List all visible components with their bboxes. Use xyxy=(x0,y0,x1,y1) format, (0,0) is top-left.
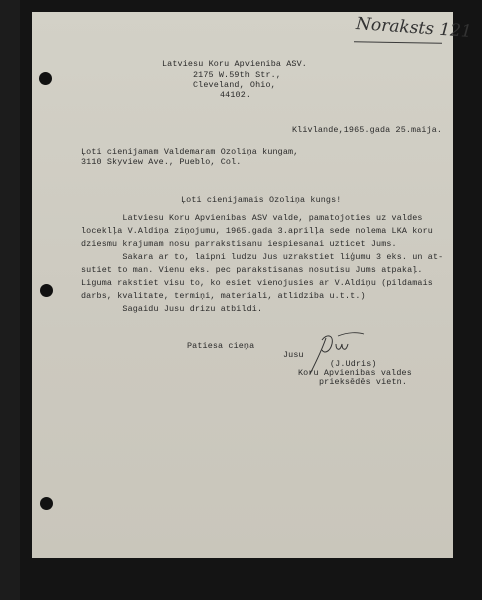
punch-hole-top xyxy=(39,72,52,85)
body-line: Latviesu Koru Apvienibas ASV valde, pama… xyxy=(81,213,423,223)
punch-hole-bottom xyxy=(40,497,53,510)
signature-title-2: prieksēdēs vietn. xyxy=(319,377,407,387)
body-line: Sagaidu Jusu drizu atbildi. xyxy=(81,304,262,314)
closing: Patiesa cieņa xyxy=(187,341,254,351)
letterhead-city: Cleveland, Ohio, xyxy=(193,80,276,90)
body-line: Sakara ar to, laipni ludzu Jus uzrakstie… xyxy=(81,252,443,262)
scan-border xyxy=(0,0,20,600)
letterhead-zip: 44102. xyxy=(220,90,251,100)
body-line: sutiet to man. Vienu eks. pec parakstisa… xyxy=(81,265,423,275)
date-line: Klivlande,1965.gada 25.maija. xyxy=(292,125,442,135)
salutation: Ļoti cienijamais Ozoliņa kungs! xyxy=(181,195,341,205)
body-line: loceklļa V.Aldiņa ziņojumu, 1965.gada 3.… xyxy=(81,226,433,236)
body-line: darbs, kvalitate, termiņi, materiali, at… xyxy=(81,291,366,301)
body-line: dziesmu krajumam nosu parrakstisanu iesp… xyxy=(81,239,397,249)
letterhead-organization: Latviesu Koru Apvieniba ASV. xyxy=(162,59,307,69)
recipient-line-2: 3110 Skyview Ave., Pueblo, Col. xyxy=(81,157,241,167)
recipient-line-1: Ļoti cienijamam Valdemaram Ozoliņa kunga… xyxy=(81,147,298,157)
punch-hole-middle xyxy=(40,284,53,297)
signature-yours: Jusu xyxy=(283,350,304,360)
body-line: Liguma rakstiet visu to, ko esiet vienoj… xyxy=(81,278,433,288)
letterhead-street: 2175 W.59th Str., xyxy=(193,70,281,80)
